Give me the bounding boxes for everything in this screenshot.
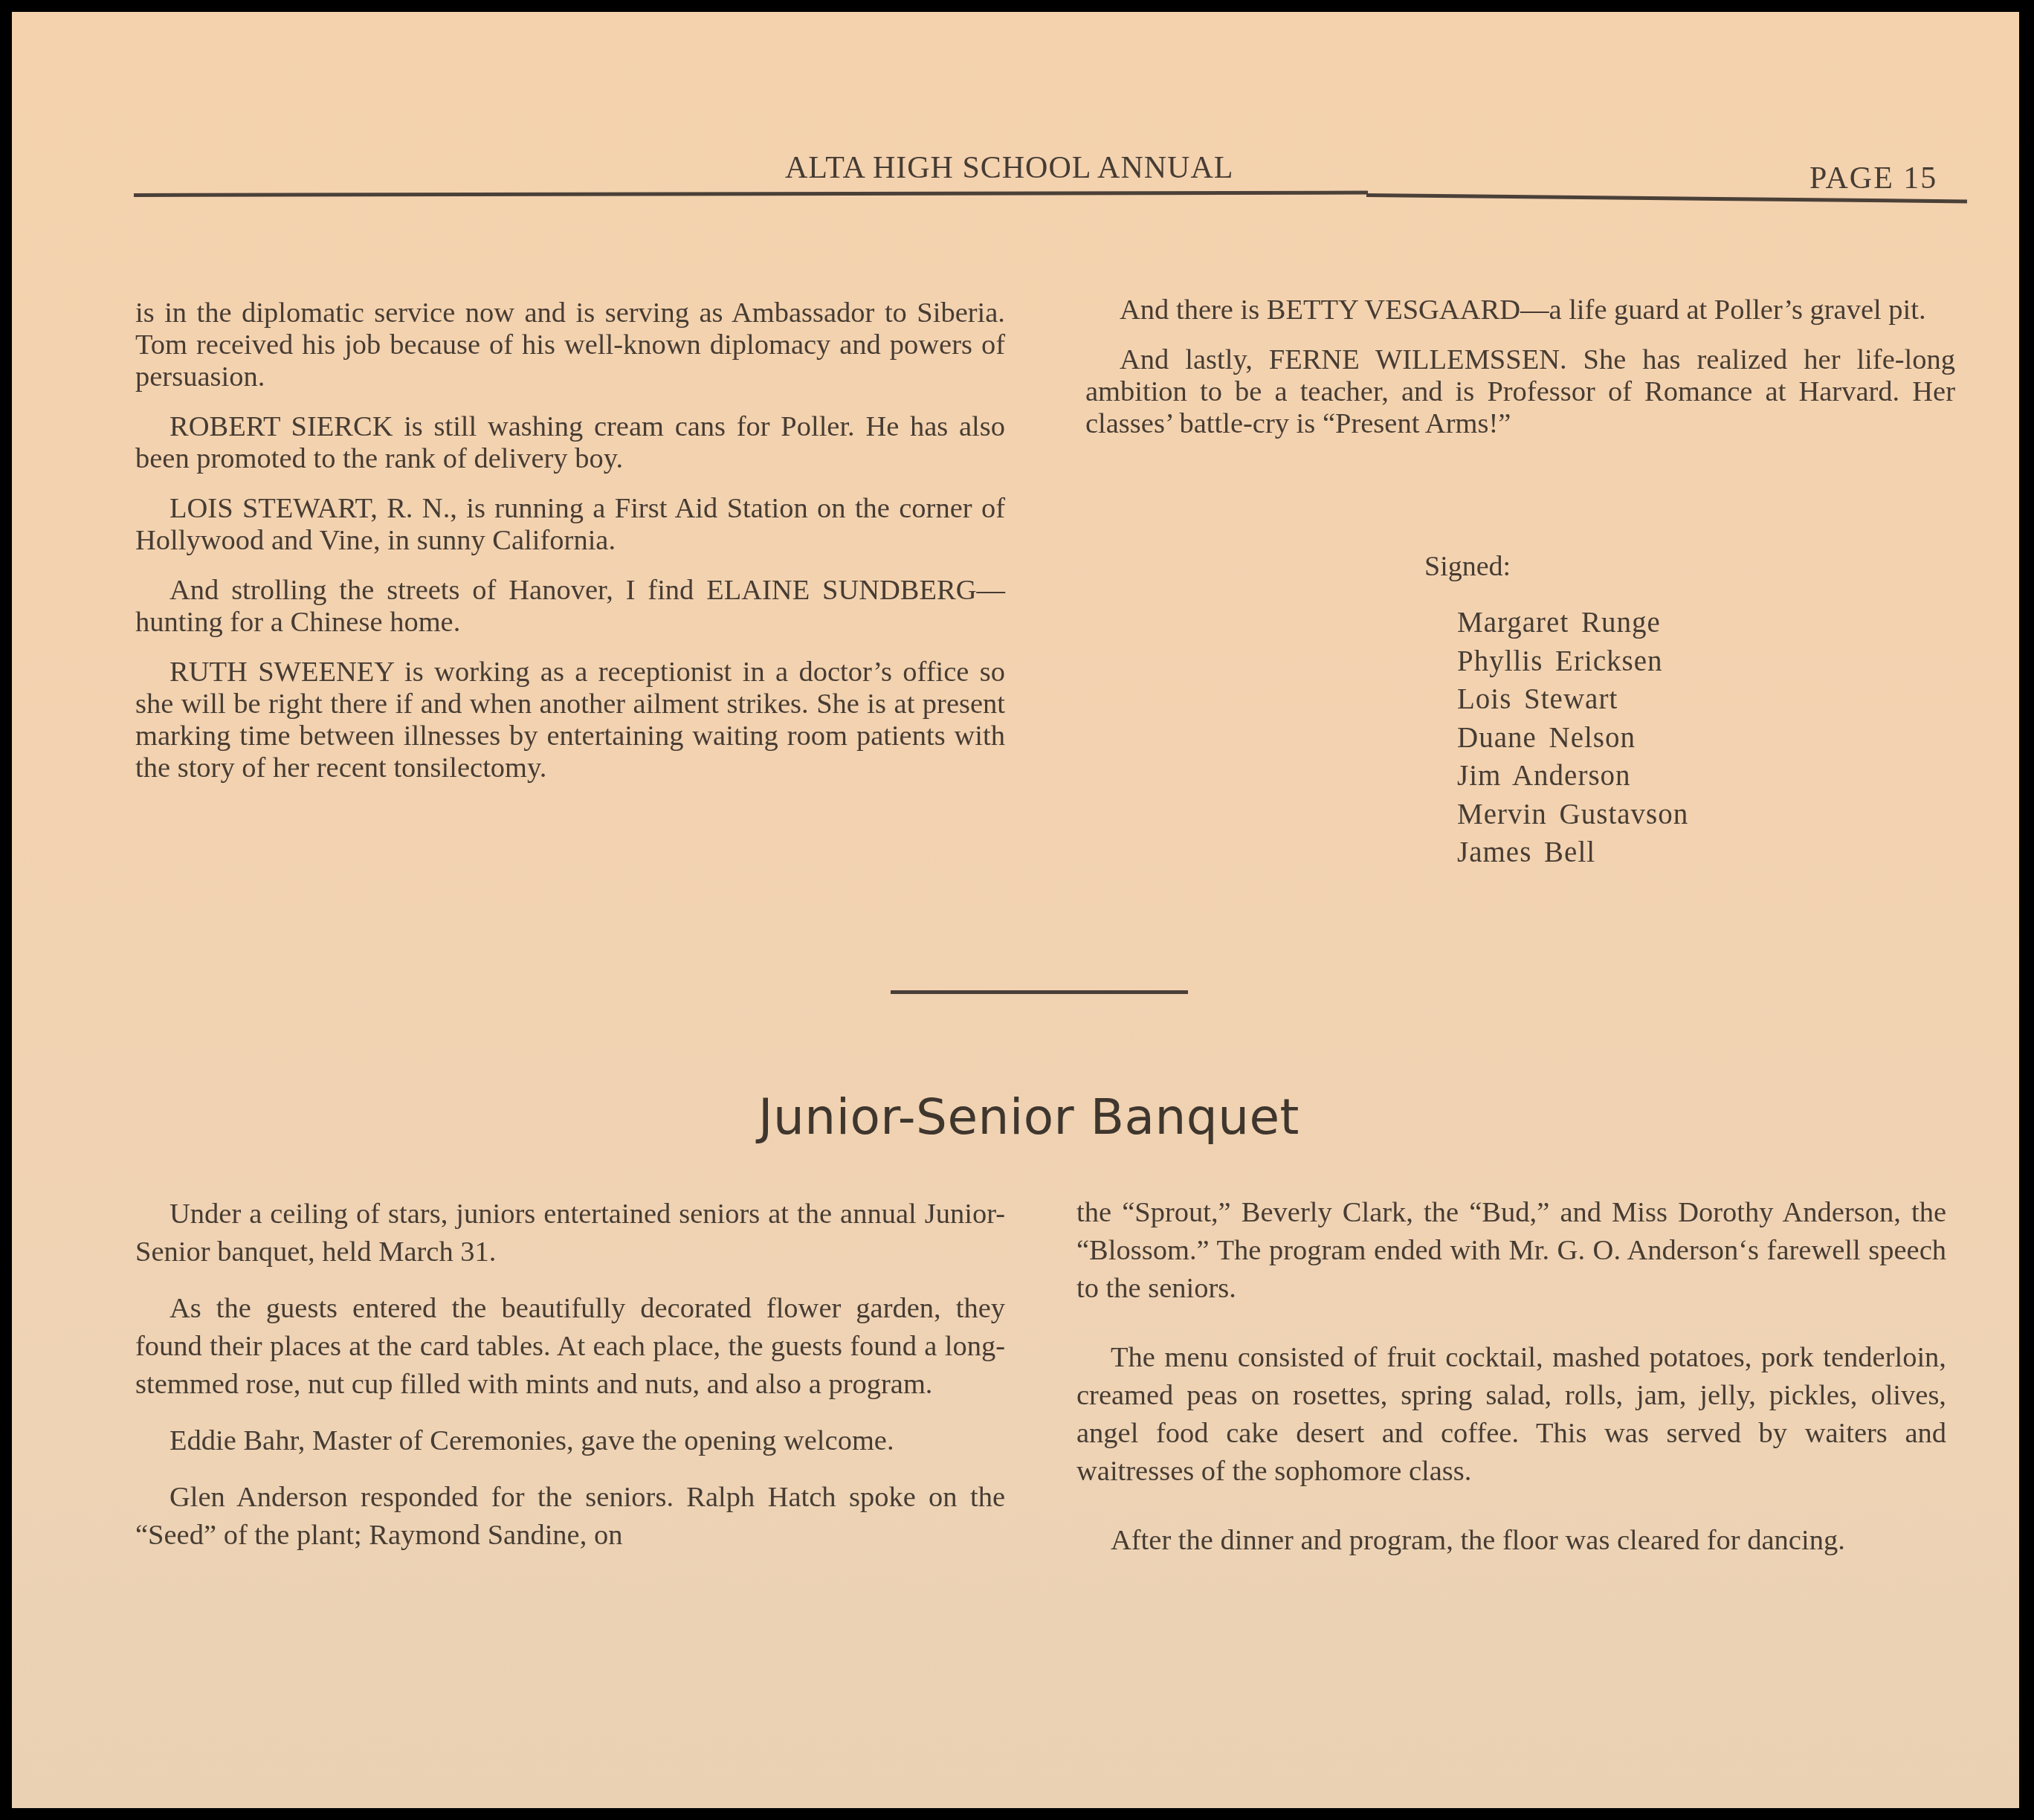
signer-name: Jim Anderson (1457, 757, 1688, 796)
paragraph: Glen Anderson responded for the seniors.… (135, 1479, 1005, 1555)
section-title: Junior-Senior Banquet (12, 1088, 2034, 1146)
paragraph: The menu consisted of fruit cocktail, ma… (1076, 1339, 1946, 1491)
running-header-title: ALTA HIGH SCHOOL ANNUAL (785, 150, 1233, 186)
page-number: PAGE 15 (1809, 161, 1937, 196)
banquet-right-column: the “Sprout,” Beverly Clark, the “Bud,” … (1076, 1194, 1946, 1578)
signer-name: Duane Nelson (1457, 719, 1688, 758)
signer-name: Margaret Runge (1457, 604, 1688, 642)
paragraph: Under a ceiling of stars, juniors entert… (135, 1195, 1005, 1271)
section-divider (891, 990, 1188, 994)
signer-name: Lois Stewart (1457, 680, 1688, 719)
signer-name: James Bell (1457, 833, 1688, 872)
paragraph: And lastly, FERNE WILLEMSSEN. She has re… (1085, 344, 1955, 440)
yearbook-page: ALTA HIGH SCHOOL ANNUAL PAGE 15 is in th… (12, 12, 2019, 1808)
paragraph: the “Sprout,” Beverly Clark, the “Bud,” … (1076, 1194, 1946, 1308)
paragraph: ROBERT SIERCK is still washing cream can… (135, 411, 1005, 475)
paragraph: As the guests entered the beautifully de… (135, 1290, 1005, 1404)
paragraph: LOIS STEWART, R. N., is running a First … (135, 493, 1005, 557)
signer-name: Mervin Gustavson (1457, 796, 1688, 834)
prophecy-left-column: is in the diplomatic service now and is … (135, 297, 1005, 802)
prophecy-right-column: And there is BETTY VESGAARD—a life guard… (1085, 294, 1955, 458)
paragraph: And strolling the streets of Hanover, I … (135, 575, 1005, 639)
signed-label: Signed: (1424, 550, 1511, 583)
paragraph: is in the diplomatic service now and is … (135, 297, 1005, 393)
paragraph: Eddie Bahr, Master of Ceremonies, gave t… (135, 1422, 1005, 1460)
paragraph: And there is BETTY VESGAARD—a life guard… (1085, 294, 1955, 326)
paragraph: RUTH SWEENEY is working as a receptionis… (135, 656, 1005, 784)
signers-list: Margaret Runge Phyllis Ericksen Lois Ste… (1457, 604, 1688, 872)
paragraph: After the dinner and program, the floor … (1076, 1522, 1946, 1560)
banquet-left-column: Under a ceiling of stars, juniors entert… (135, 1195, 1005, 1573)
header-rule-left (134, 191, 1368, 197)
signer-name: Phyllis Ericksen (1457, 642, 1688, 681)
